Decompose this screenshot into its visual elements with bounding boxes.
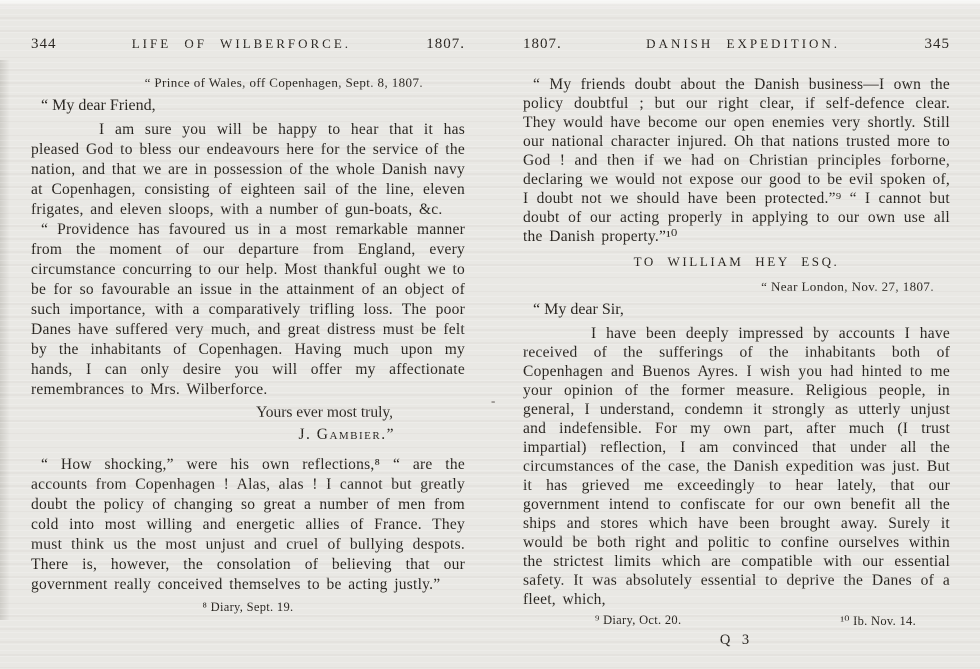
hey-letter-dateline: “ Near London, Nov. 27, 1807.: [523, 279, 950, 295]
footnote-10: ¹⁰ Ib. Nov. 14.: [840, 613, 916, 629]
gambier-letter-paragraph-1: I am sure you will be happy to hear that…: [31, 120, 465, 220]
running-title-right: DANISH EXPEDITION.: [646, 36, 840, 52]
year-right: 1807.: [523, 36, 562, 53]
gambier-letter-valediction: Yours ever most truly,: [31, 402, 465, 424]
reflections-paragraph: “ How shocking,” were his own reflection…: [31, 455, 465, 595]
page-number-right: 345: [924, 36, 950, 53]
scan-artifact-dash: -: [491, 393, 495, 409]
gambier-letter-signature: J. Gambier.”: [31, 424, 465, 446]
book-scan: { "left_page": { "page_number": "344", "…: [0, 0, 980, 669]
hey-letter-heading: TO WILLIAM HEY ESQ.: [523, 254, 950, 270]
diary-paragraph: “ My friends doubt about the Danish busi…: [523, 75, 950, 246]
footnote-8: ⁸ Diary, Sept. 19.: [31, 600, 465, 615]
gambier-letter-salutation: “ My dear Friend,: [31, 97, 465, 115]
scan-edge-smudge: [0, 60, 10, 620]
page-344: 344 LIFE OF WILBERFORCE. 1807. “ Prince …: [0, 0, 490, 669]
page-number-left: 344: [31, 36, 57, 53]
scan-top-highlight: [0, 0, 980, 9]
gambier-letter-dateline: “ Prince of Wales, off Copenhagen, Sept.…: [31, 75, 465, 91]
footnote-9: ⁹ Diary, Oct. 20.: [595, 613, 681, 629]
hey-letter-salutation: “ My dear Sir,: [523, 301, 950, 319]
page-345: 1807. DANISH EXPEDITION. 345 “ My friend…: [490, 0, 980, 669]
gambier-letter-paragraph-2: “ Providence has favoured us in a most r…: [31, 220, 465, 400]
printer-signature-mark: Q 3: [523, 632, 950, 649]
year-left: 1807.: [426, 36, 465, 53]
running-head-right: 1807. DANISH EXPEDITION. 345: [523, 36, 950, 53]
running-title-left: LIFE OF WILBERFORCE.: [132, 36, 351, 52]
footnote-row: ⁹ Diary, Oct. 20. ¹⁰ Ib. Nov. 14.: [523, 613, 950, 629]
running-head-left: 344 LIFE OF WILBERFORCE. 1807.: [31, 36, 465, 53]
hey-letter-paragraph: I have been deeply impressed by accounts…: [523, 324, 950, 609]
